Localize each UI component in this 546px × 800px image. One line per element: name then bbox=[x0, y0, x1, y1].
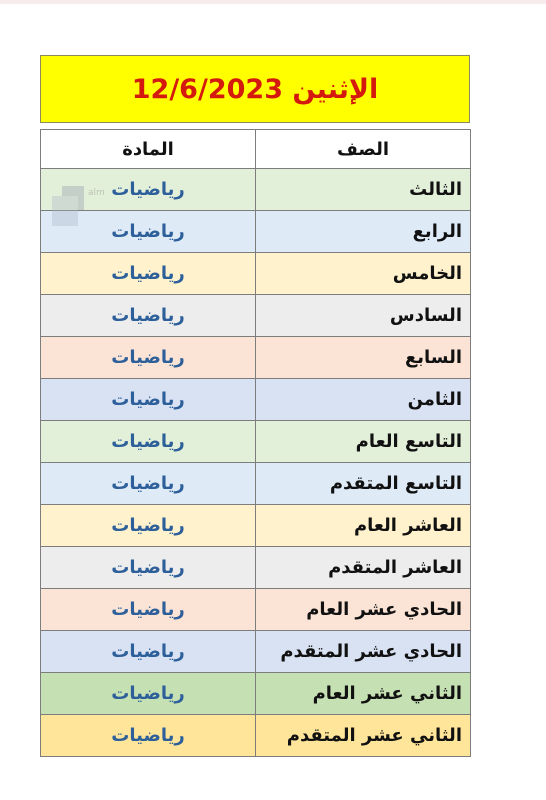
subject-cell: رياضيات bbox=[41, 505, 256, 547]
subject-cell: رياضيات bbox=[41, 337, 256, 379]
title-banner: الإثنين 12/6/2023 bbox=[40, 55, 470, 123]
schedule-table: الصف المادة الثالثرياضياتالرابعرياضياتال… bbox=[40, 129, 471, 757]
table-row: الخامسرياضيات bbox=[41, 253, 471, 295]
table-row: الثاني عشر العامرياضيات bbox=[41, 673, 471, 715]
table-row: السابعرياضيات bbox=[41, 337, 471, 379]
grade-cell: الخامس bbox=[256, 253, 471, 295]
table-row: الحادي عشر العامرياضيات bbox=[41, 589, 471, 631]
subject-cell: رياضيات bbox=[41, 211, 256, 253]
table-header-row: الصف المادة bbox=[41, 130, 471, 169]
subject-cell: رياضيات bbox=[41, 421, 256, 463]
table-row: الثامنرياضيات bbox=[41, 379, 471, 421]
table-row: العاشر العامرياضيات bbox=[41, 505, 471, 547]
grade-cell: الثاني عشر العام bbox=[256, 673, 471, 715]
grade-cell: الحادي عشر المتقدم bbox=[256, 631, 471, 673]
subject-cell: رياضيات bbox=[41, 631, 256, 673]
table-row: الثالثرياضيات bbox=[41, 169, 471, 211]
top-strip bbox=[0, 0, 546, 4]
header-grade: الصف bbox=[256, 130, 471, 169]
table-row: السادسرياضيات bbox=[41, 295, 471, 337]
header-subject: المادة bbox=[41, 130, 256, 169]
grade-cell: السادس bbox=[256, 295, 471, 337]
subject-cell: رياضيات bbox=[41, 295, 256, 337]
grade-cell: التاسع العام bbox=[256, 421, 471, 463]
table-row: الرابعرياضيات bbox=[41, 211, 471, 253]
subject-cell: رياضيات bbox=[41, 547, 256, 589]
page-title: الإثنين 12/6/2023 bbox=[132, 74, 378, 105]
subject-cell: رياضيات bbox=[41, 589, 256, 631]
grade-cell: الثالث bbox=[256, 169, 471, 211]
subject-cell: رياضيات bbox=[41, 673, 256, 715]
grade-cell: العاشر العام bbox=[256, 505, 471, 547]
table-row: الثاني عشر المتقدمرياضيات bbox=[41, 715, 471, 757]
subject-cell: رياضيات bbox=[41, 253, 256, 295]
grade-cell: الثاني عشر المتقدم bbox=[256, 715, 471, 757]
grade-cell: الرابع bbox=[256, 211, 471, 253]
subject-cell: رياضيات bbox=[41, 715, 256, 757]
subject-cell: رياضيات bbox=[41, 169, 256, 211]
grade-cell: الحادي عشر العام bbox=[256, 589, 471, 631]
table-row: التاسع العامرياضيات bbox=[41, 421, 471, 463]
table-row: التاسع المتقدمرياضيات bbox=[41, 463, 471, 505]
grade-cell: التاسع المتقدم bbox=[256, 463, 471, 505]
grade-cell: الثامن bbox=[256, 379, 471, 421]
grade-cell: العاشر المتقدم bbox=[256, 547, 471, 589]
subject-cell: رياضيات bbox=[41, 379, 256, 421]
subject-cell: رياضيات bbox=[41, 463, 256, 505]
table-row: الحادي عشر المتقدمرياضيات bbox=[41, 631, 471, 673]
table-row: العاشر المتقدمرياضيات bbox=[41, 547, 471, 589]
grade-cell: السابع bbox=[256, 337, 471, 379]
